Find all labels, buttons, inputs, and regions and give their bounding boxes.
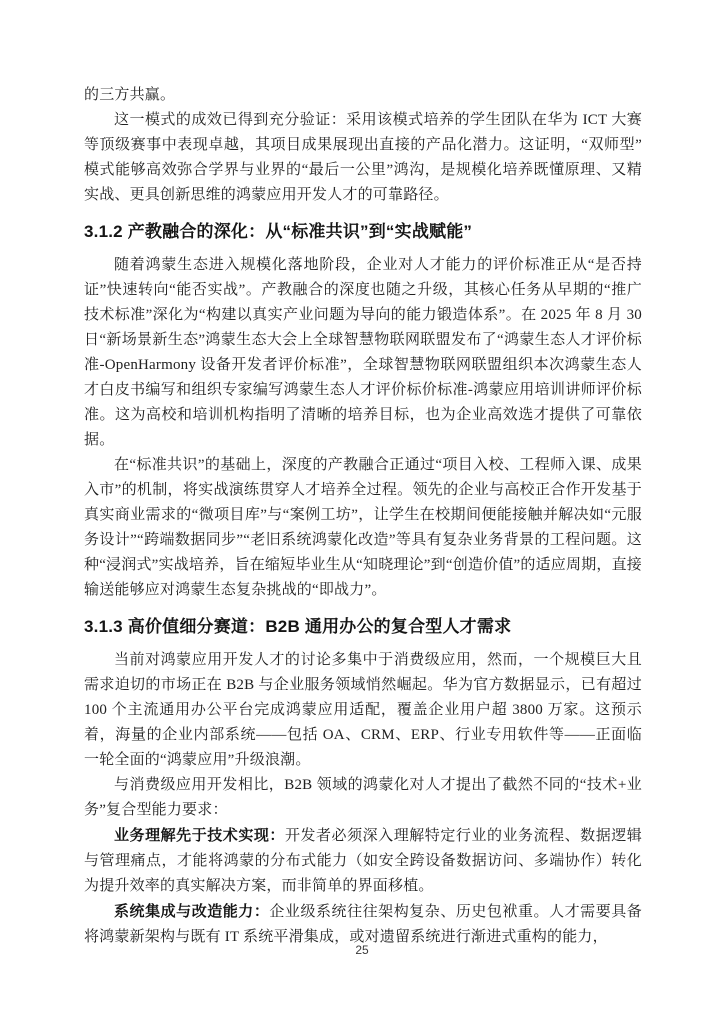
section-heading-3-1-2: 3.1.2 产教融合的深化：从“标准共识”到“实战赋能” [84, 219, 642, 245]
bold-lead-system-integration: 系统集成与改造能力： [114, 903, 269, 920]
paragraph-practice-training: 在“标准共识”的基础上，深度的产教融合正通过“项目入校、工程师入课、成果入市”的… [84, 453, 642, 603]
paragraph-standards: 随着鸿蒙生态进入规模化落地阶段，企业对人才能力的评价标准正从“是否持证”快速转向… [84, 253, 642, 453]
document-page: 的三方共赢。 这一模式的成效已得到充分验证：采用该模式培养的学生团队在华为 IC… [0, 0, 724, 1024]
document-body: 的三方共赢。 这一模式的成效已得到充分验证：采用该模式培养的学生团队在华为 IC… [84, 83, 642, 950]
page-number: 25 [355, 943, 368, 957]
section-heading-3-1-3: 3.1.3 高价值细分赛道：B2B 通用办公的复合型人才需求 [84, 614, 642, 640]
paragraph-model-validation: 这一模式的成效已得到充分验证：采用该模式培养的学生团队在华为 ICT 大赛等顶级… [84, 108, 642, 208]
page-footer: 25 [0, 941, 724, 959]
paragraph-business-understanding: 业务理解先于技术实现：开发者必须深入理解特定行业的业务流程、数据逻辑与管理痛点，… [84, 823, 642, 899]
paragraph-capability-requirements: 与消费级应用开发相比，B2B 领域的鸿蒙化对人才提出了截然不同的“技术+业务”复… [84, 773, 642, 823]
bold-lead-business-understanding: 业务理解先于技术实现： [114, 827, 285, 844]
paragraph-b2b-market: 当前对鸿蒙应用开发人才的讨论多集中于消费级应用，然而，一个规模巨大且需求迫切的市… [84, 648, 642, 773]
paragraph-continuation: 的三方共赢。 [84, 83, 642, 108]
